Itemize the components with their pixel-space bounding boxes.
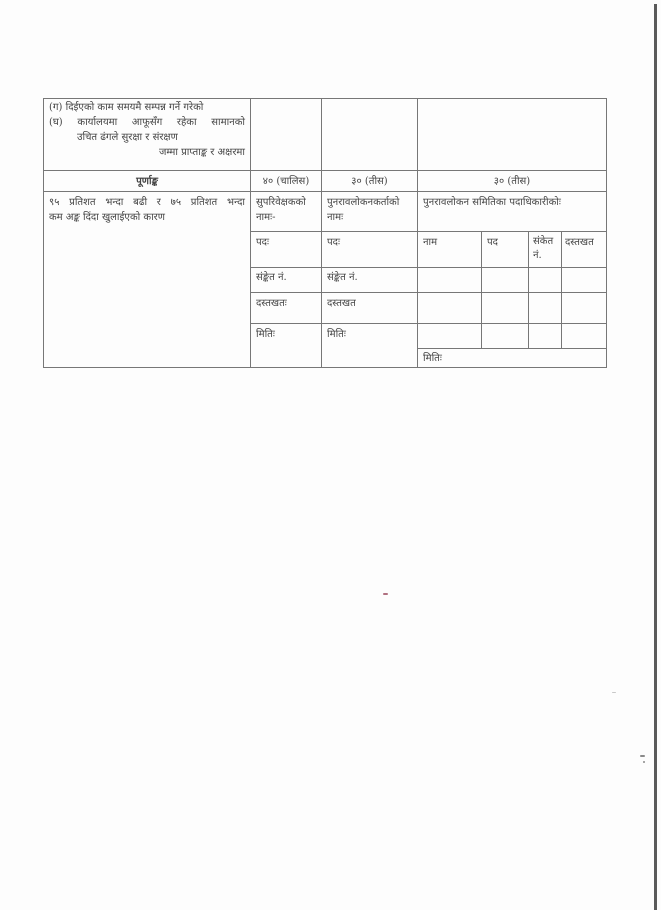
reviewer-full-marks: ३० (तीस) <box>322 172 417 191</box>
supervisor-date-field: मितिः <box>251 325 321 344</box>
committee-title: पुनरावलोकन समितिका पदाधिकारीकोः <box>418 193 606 212</box>
reviewer-name-field: पुनरावलोकनकर्ताको नामः <box>322 193 417 231</box>
supervisor-full-marks: ४० (चालिस) <box>251 172 321 191</box>
row-divider <box>250 323 607 324</box>
supervisor-post-field: पदः <box>251 233 321 252</box>
row-divider <box>43 191 607 192</box>
supervisor-signature-field: दस्तखतः <box>251 294 321 313</box>
reason-text-line1: ९५ प्रतिशत भन्दा बढी र ७५ प्रतिशत भन्दा <box>49 195 245 210</box>
criteria-item-ga: (ग) दिईएको काम समयमै सम्पन्न गर्ने गरेको <box>49 100 245 115</box>
supervisor-name-label: सुपरिवेक्षकको <box>256 195 316 210</box>
reviewer-date-field: मितिः <box>322 325 417 344</box>
committee-col-code: संकेत नं. <box>529 233 561 265</box>
criteria-item-gha-line1: (घ) कार्यालयमा आफूसँग रहेका सामानको <box>49 115 245 130</box>
supervisor-name-field: सुपरिवेक्षकको नामः- <box>251 193 321 231</box>
reviewer-name-label: पुनरावलोकनकर्ताको <box>327 195 412 210</box>
reviewer-name-label-suffix: नामः <box>327 210 412 225</box>
criteria-item-gha-line2: उचित ढंगले सुरक्षा र संरक्षण <box>49 130 245 145</box>
committee-col-post: पद <box>482 233 528 252</box>
evaluation-table: (ग) दिईएको काम समयमै सम्पन्न गर्ने गरेको… <box>0 0 661 910</box>
committee-col-name: नाम <box>418 233 481 252</box>
reason-text-line2: कम अङ्क दिंदा खुलाईएको कारण <box>49 210 245 225</box>
supervisor-code-field: संङ्केत नं. <box>251 268 321 287</box>
row-divider <box>250 231 607 232</box>
reviewer-code-field: संङ्केत नं. <box>322 268 417 287</box>
criteria-cell: (ग) दिईएको काम समयमै सम्पन्न गर्ने गरेको… <box>44 99 250 170</box>
reviewer-signature-field: दस्तखत <box>322 294 417 313</box>
total-words-label: जम्मा प्राप्ताङ्क र अक्षरमा <box>49 145 245 160</box>
row-divider <box>250 292 607 293</box>
row-divider <box>43 170 607 171</box>
table-border-bottom <box>43 367 607 368</box>
reviewer-post-field: पदः <box>322 233 417 252</box>
committee-col-signature: दस्तखत <box>562 233 606 252</box>
table-border-right <box>606 98 607 368</box>
low-score-reason-cell: ९५ प्रतिशत भन्दा बढी र ७५ प्रतिशत भन्दा … <box>44 193 250 231</box>
committee-full-marks: ३० (तीस) <box>418 172 606 191</box>
committee-date-field: मितिः <box>418 349 481 368</box>
full-marks-label: पूर्णाङ्क <box>44 172 250 191</box>
supervisor-name-label-suffix: नामः- <box>256 210 316 225</box>
